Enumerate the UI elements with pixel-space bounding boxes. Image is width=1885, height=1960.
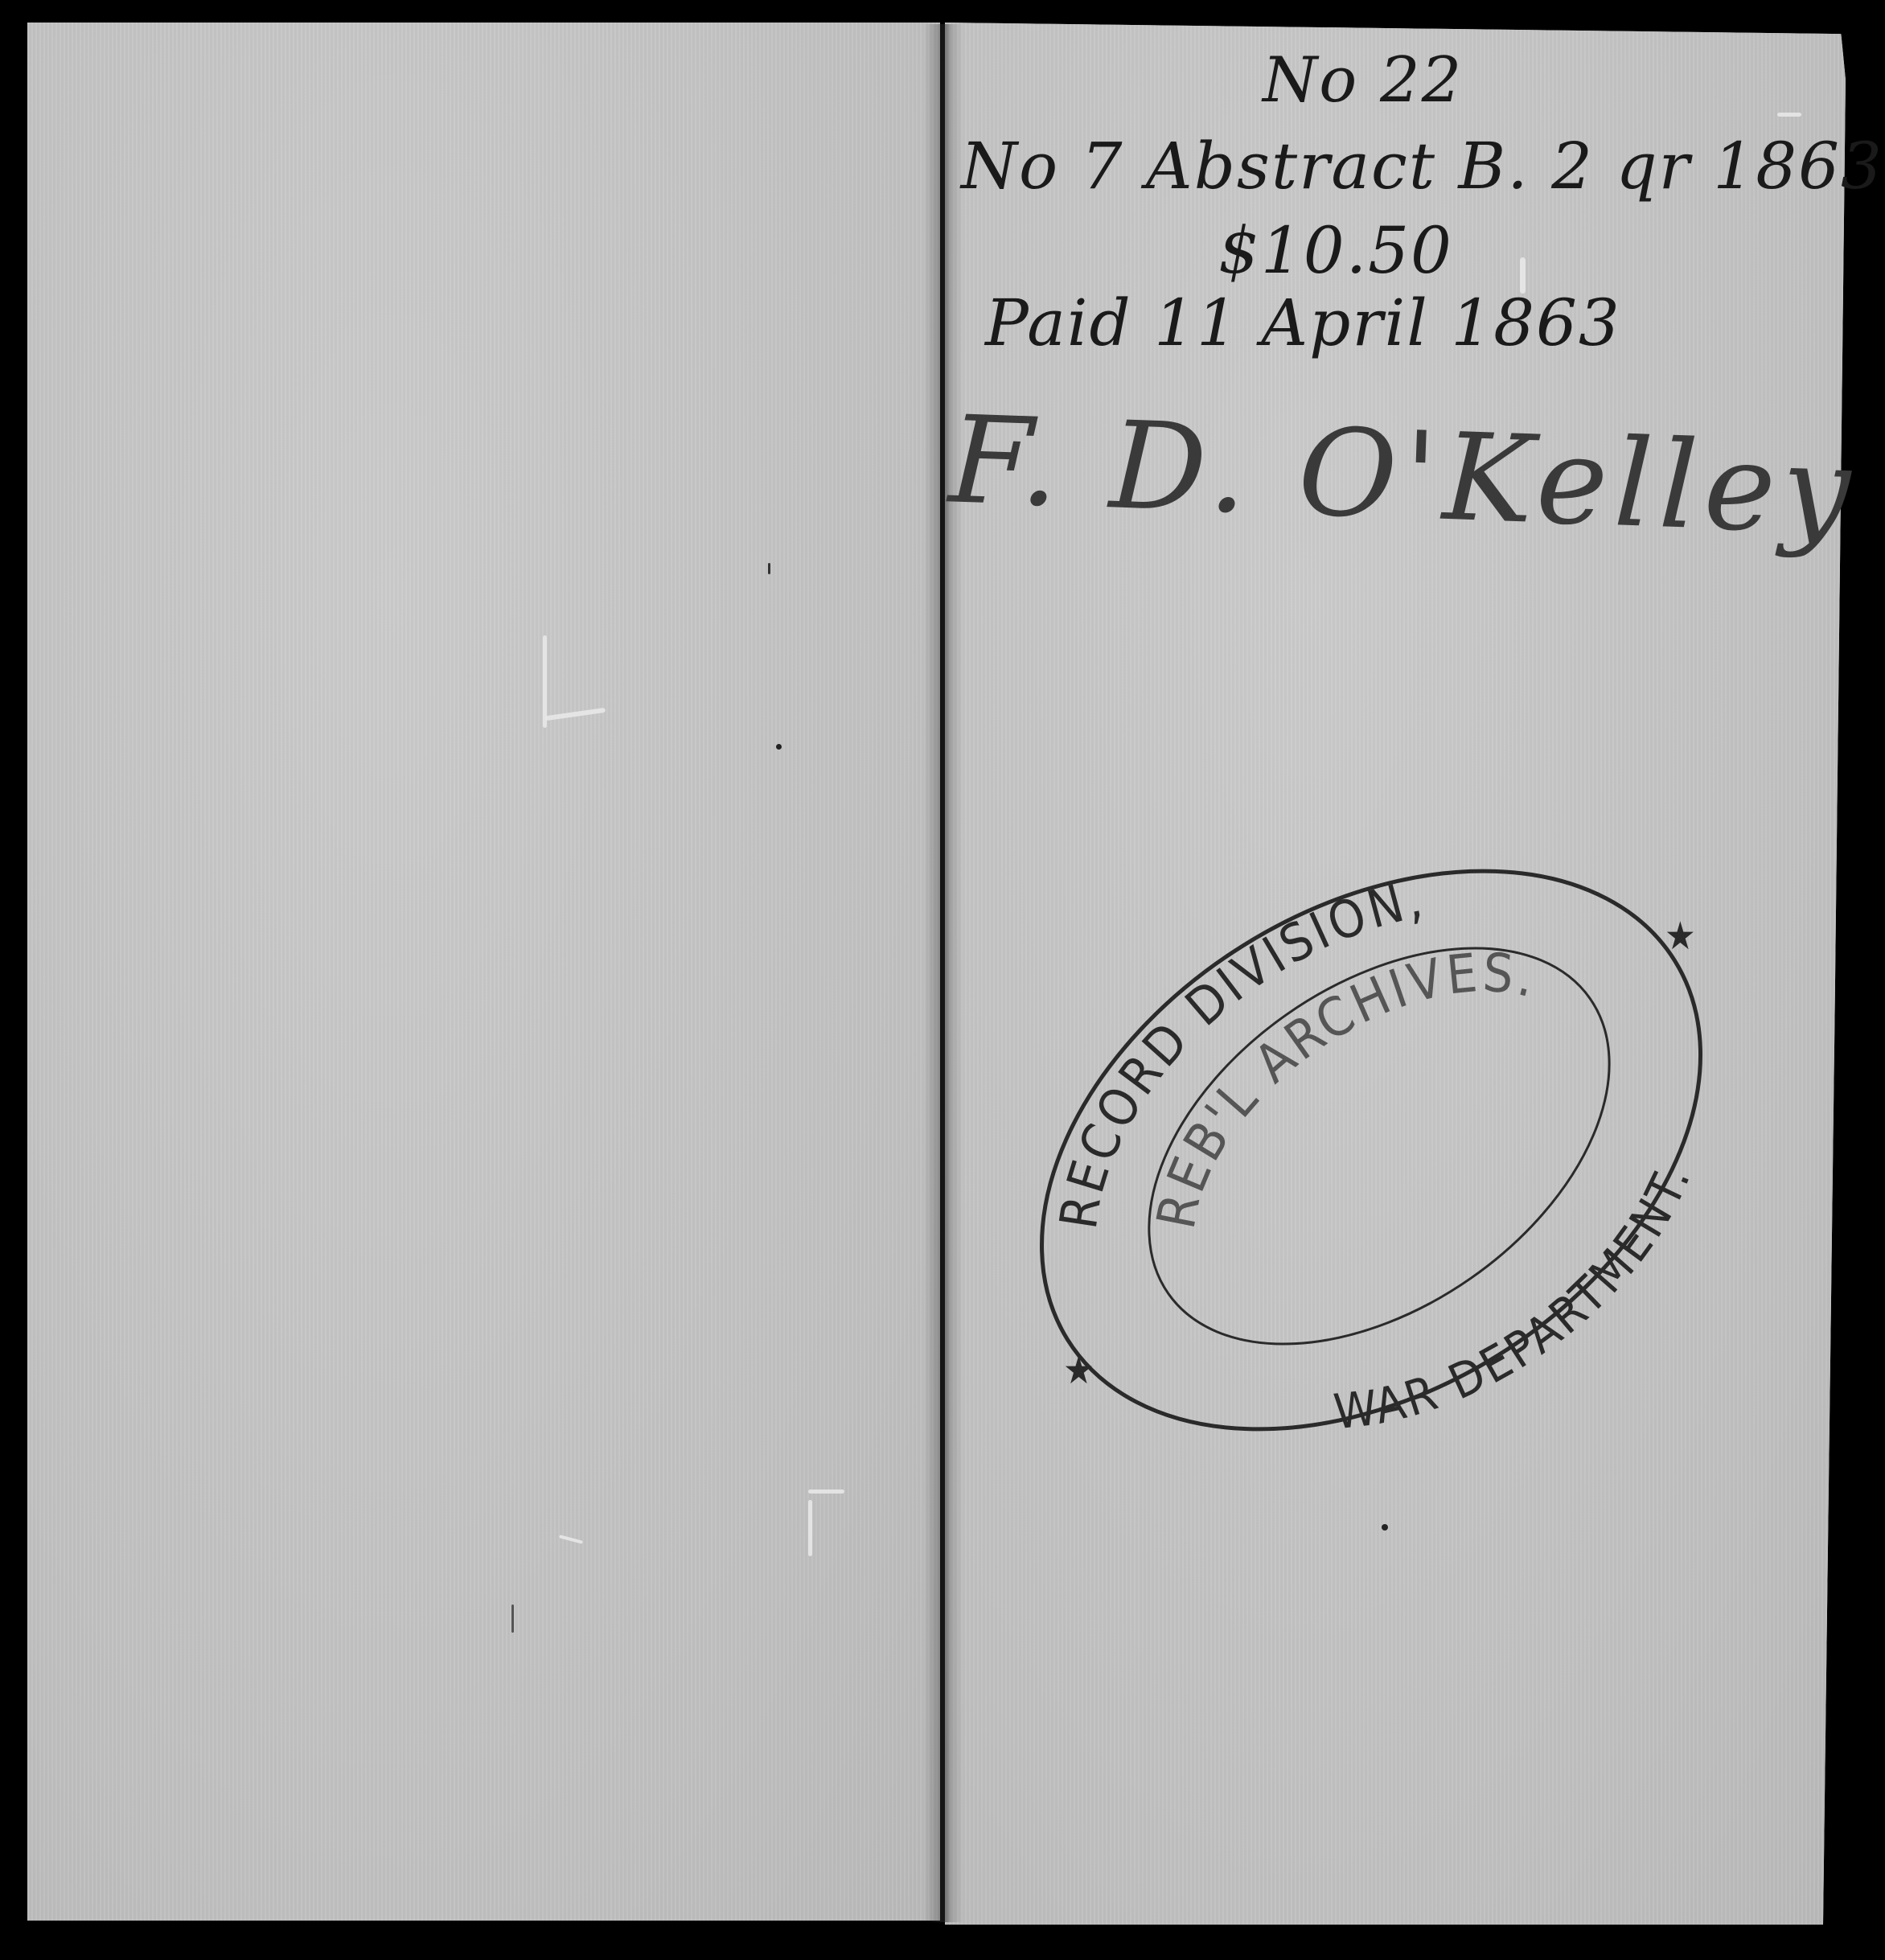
left-page bbox=[27, 23, 940, 1921]
record-division-stamp: RECORD DIVISION, WAR DEPARTMENT. REB'L A… bbox=[1005, 836, 1729, 1464]
scratch-mark bbox=[543, 635, 547, 728]
stamp-outer-top-text: RECORD DIVISION, bbox=[1049, 869, 1430, 1232]
ink-dot bbox=[768, 563, 770, 574]
ink-dot bbox=[511, 1605, 514, 1633]
star-icon: ★ bbox=[1063, 1348, 1098, 1393]
ink-dot bbox=[1382, 1524, 1388, 1531]
scratch-mark bbox=[808, 1490, 844, 1494]
scratch-mark bbox=[808, 1500, 812, 1556]
scratch-mark bbox=[1777, 113, 1801, 117]
page-fold bbox=[923, 24, 963, 1922]
amount: $10.50 bbox=[1218, 213, 1453, 288]
ink-dot bbox=[776, 744, 782, 750]
star-icon: ★ bbox=[1665, 914, 1699, 959]
document-number: No 22 bbox=[1263, 44, 1463, 117]
paid-date: Paid 11 April 1863 bbox=[985, 286, 1621, 360]
abstract-reference: No 7 Abstract B. 2 qr 1863 bbox=[961, 129, 1883, 203]
stamp-outer-bottom-text: WAR DEPARTMENT. bbox=[1331, 1156, 1702, 1440]
